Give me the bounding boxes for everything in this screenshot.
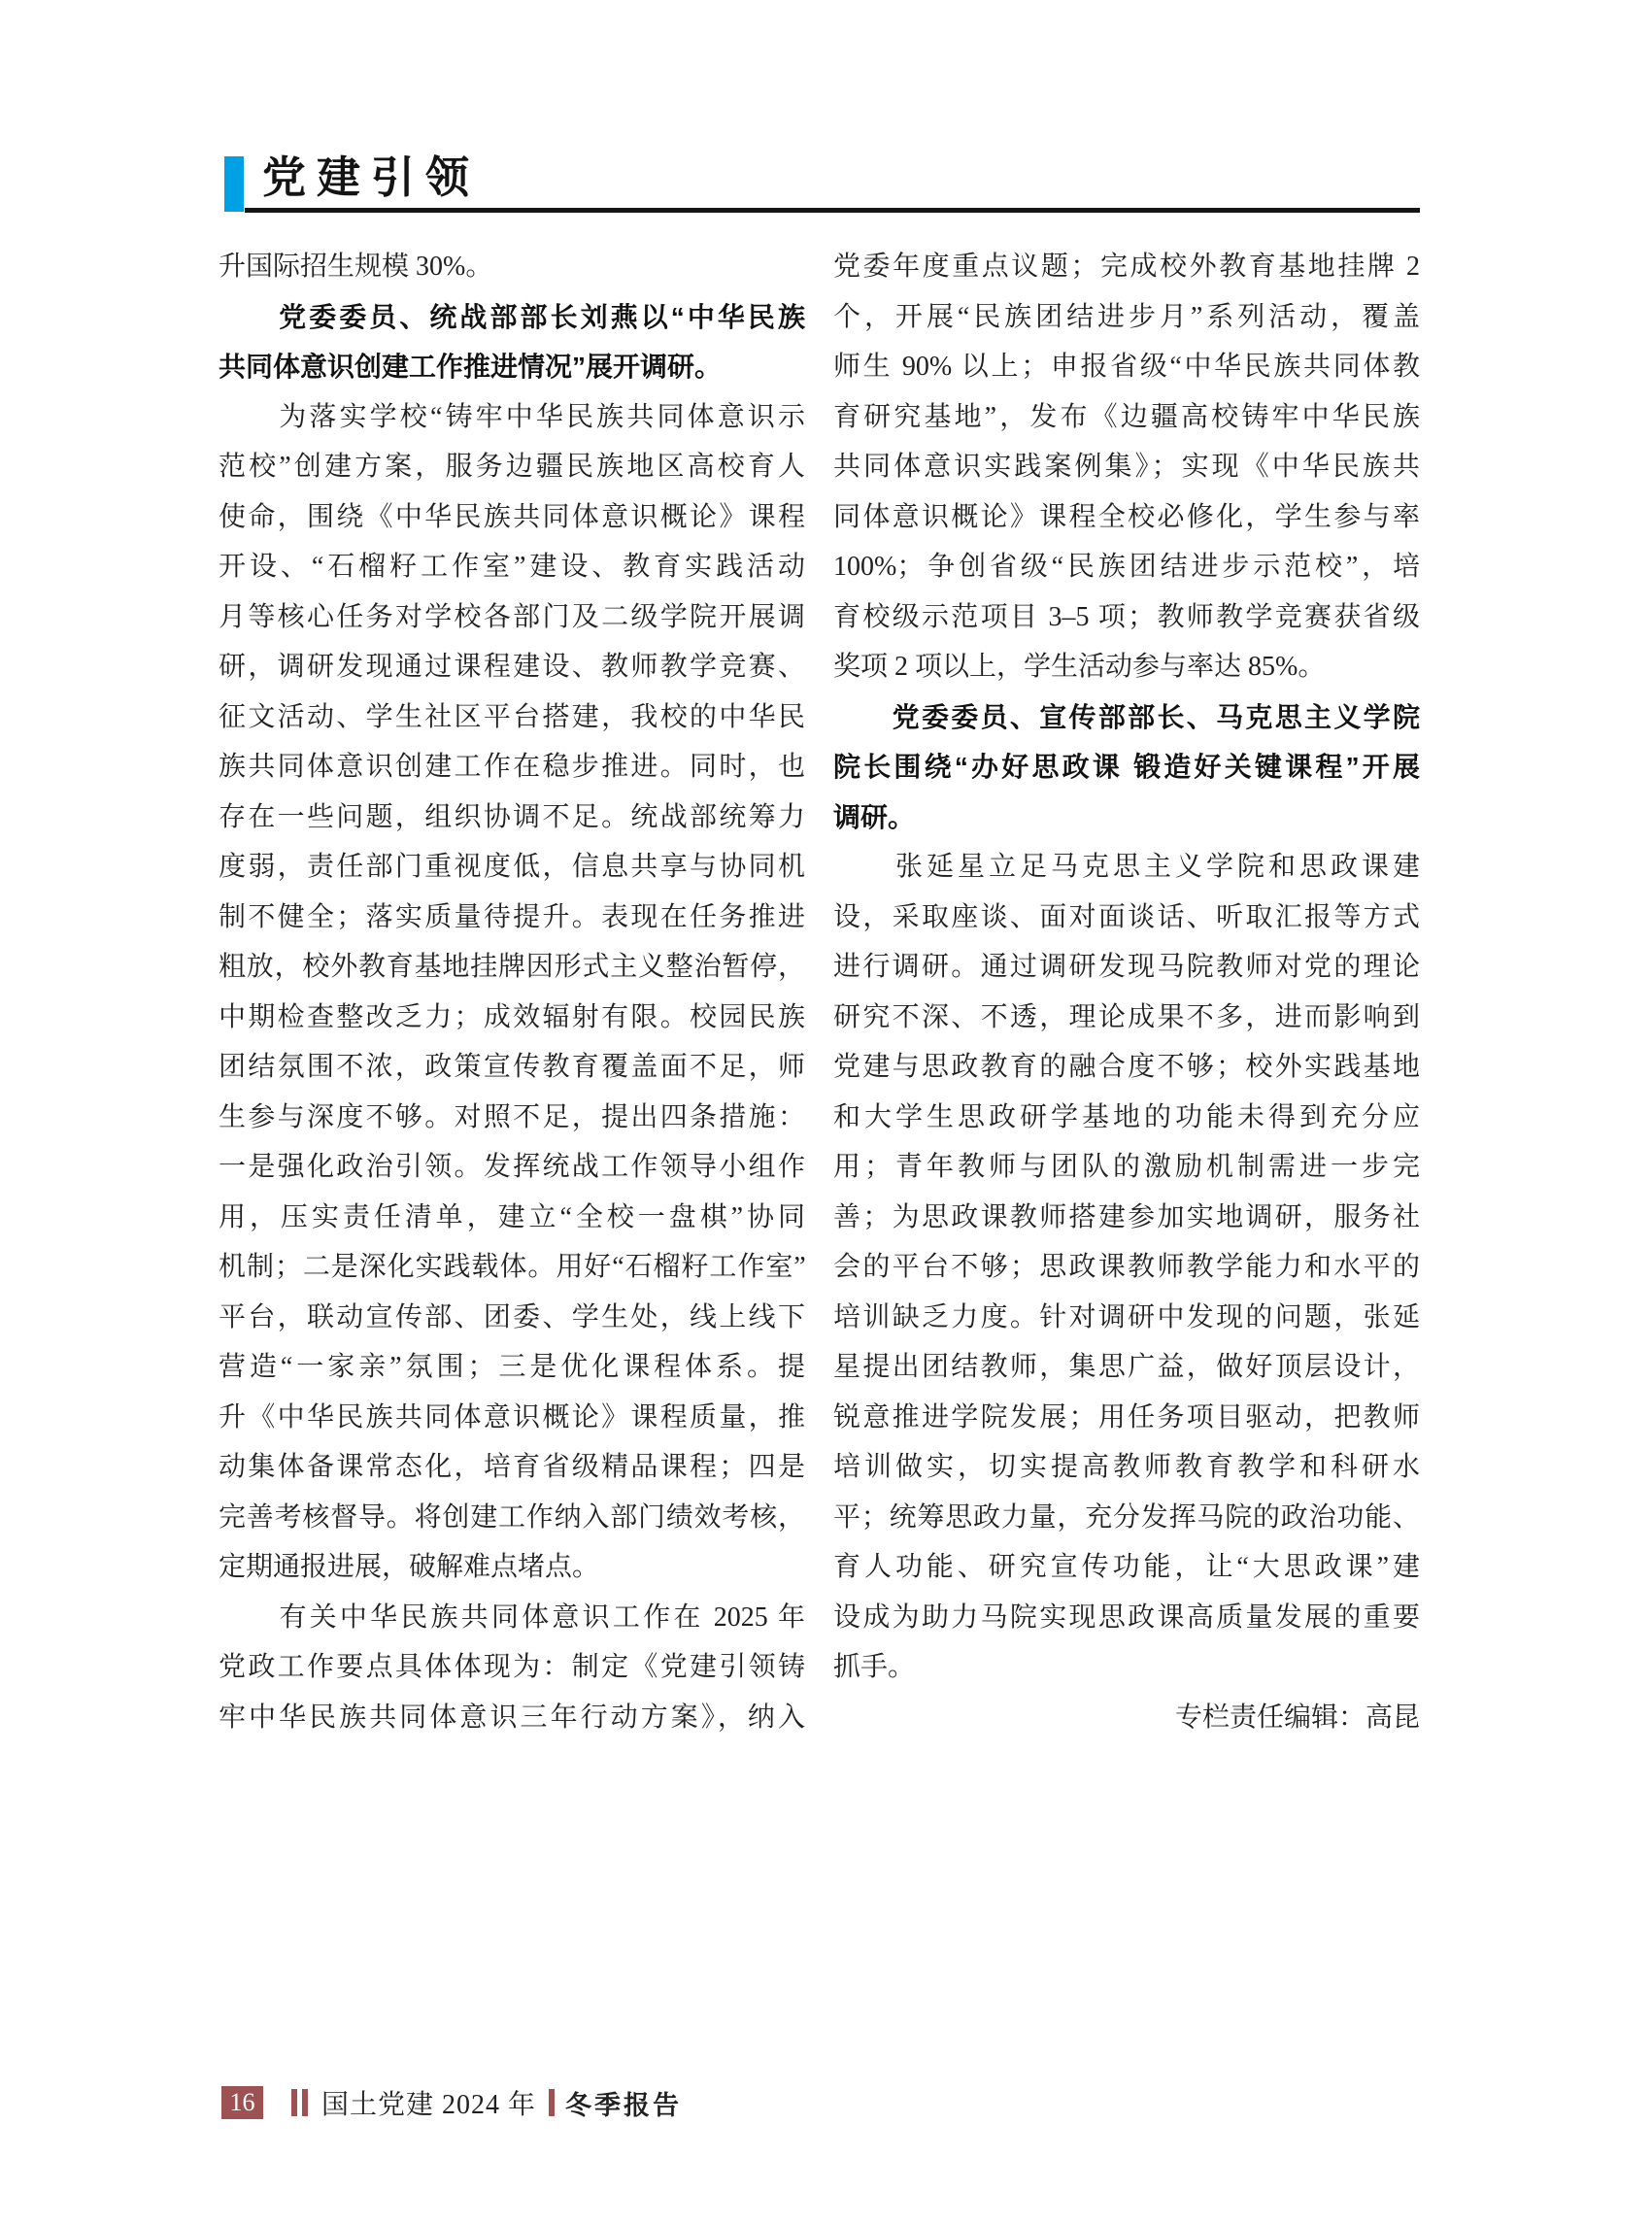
footer-double-bars	[291, 2089, 308, 2116]
text-line: 善；为思政课教师搭建参加实地调研，服务社	[833, 1193, 1420, 1243]
issue-title: 冬季报告	[565, 2084, 682, 2122]
header-rule	[245, 208, 1420, 213]
text-line: 定期通报进展，破解难点堵点。	[219, 1542, 805, 1593]
text-line: 会的平台不够；思政课教师教学能力和水平的	[833, 1242, 1420, 1293]
text-line: 进行调研。通过调研发现马院教师对党的理论	[833, 942, 1420, 993]
text-line: 培训做实，切实提高教师教育教学和科研水	[833, 1442, 1420, 1493]
text-line: 制不健全；落实质量待提升。表现在任务推进	[219, 893, 805, 943]
text-line: 平；统筹思政力量，充分发挥马院的政治功能、	[833, 1493, 1420, 1543]
text-line: 共同体意识实践案例集》；实现《中华民族共	[833, 442, 1420, 492]
page-footer: 16 国土党建 2024 年 冬季报告	[221, 2085, 682, 2120]
text-line: 党委委员、宣传部部长、马克思主义学院	[833, 692, 1420, 743]
text-line: 牢中华民族共同体意识三年行动方案》，纳入	[219, 1693, 805, 1743]
left-text-column: 升国际招生规模 30%。 党委委员、统战部部长刘燕以“中华民族共同体意识创建工作…	[219, 242, 805, 1742]
text-line: 生参与深度不够。对照不足，提出四条措施：	[219, 1093, 805, 1143]
text-line: 育人功能、研究宣传功能，让“大思政课”建	[833, 1542, 1420, 1593]
text-line: 党建与思政教育的融合度不够；校外实践基地	[833, 1042, 1420, 1093]
text-line: 存在一些问题，组织协调不足。统战部统筹力	[219, 792, 805, 843]
text-line: 院长围绕“办好思政课 锻造好关键课程”开展	[833, 742, 1420, 792]
text-line: 师生 90% 以上；申报省级“中华民族共同体教	[833, 342, 1420, 392]
text-line: 征文活动、学生社区平台搭建，我校的中华民	[219, 692, 805, 743]
text-line: 使命，围绕《中华民族共同体意识概论》课程	[219, 492, 805, 543]
text-line: 营造“一家亲”氛围；三是优化课程体系。提	[219, 1342, 805, 1393]
text-line: 锐意推进学院发展；用任务项目驱动，把教师	[833, 1393, 1420, 1443]
text-line: 研，调研发现通过课程建设、教师教学竞赛、	[219, 642, 805, 692]
document-page: 党建引领 升国际招生规模 30%。 党委委员、统战部部长刘燕以“中华民族共同体意…	[0, 0, 1652, 2225]
footer-bar-icon	[291, 2089, 297, 2116]
text-line: 族共同体意识创建工作在稳步推进。同时，也	[219, 742, 805, 792]
text-line: 100%；争创省级“民族团结进步示范校”，培	[833, 542, 1420, 592]
header-accent-bar	[224, 156, 244, 212]
text-line: 中期检查整改乏力；成效辐射有限。校园民族	[219, 993, 805, 1043]
text-line: 同体意识概论》课程全校必修化，学生参与率	[833, 492, 1420, 543]
text-line: 调研。	[833, 792, 1420, 843]
text-line: 育校级示范项目 3–5 项；教师教学竞赛获省级	[833, 592, 1420, 643]
text-line: 完善考核督导。将创建工作纳入部门绩效考核，	[219, 1493, 805, 1543]
text-line: 升《中华民族共同体意识概论》课程质量，推	[219, 1393, 805, 1443]
text-line: 张延星立足马克思主义学院和思政课建	[833, 842, 1420, 893]
text-line: 个，开展“民族团结进步月”系列活动，覆盖	[833, 292, 1420, 343]
text-line: 共同体意识创建工作推进情况”展开调研。	[219, 342, 805, 392]
text-line: 范校”创建方案，服务边疆民族地区高校育人	[219, 442, 805, 492]
text-line: 党委年度重点议题；完成校外教育基地挂牌 2	[833, 242, 1420, 292]
footer-bar-icon	[302, 2089, 308, 2116]
page-number: 16	[230, 2088, 255, 2117]
text-line: 党委委员、统战部部长刘燕以“中华民族	[219, 292, 805, 343]
footer-bar-icon	[549, 2089, 555, 2116]
text-line: 动集体备课常态化，培育省级精品课程；四是	[219, 1442, 805, 1493]
journal-title: 国土党建 2024 年	[321, 2083, 536, 2122]
text-line: 专栏责任编辑：高昆	[833, 1693, 1420, 1743]
text-line: 机制；二是深化实践载体。用好“石榴籽工作室”	[219, 1242, 805, 1293]
text-line: 月等核心任务对学校各部门及二级学院开展调	[219, 592, 805, 643]
section-title: 党建引领	[262, 148, 480, 208]
text-line: 有关中华民族共同体意识工作在 2025 年	[219, 1593, 805, 1643]
right-text-column: 党委年度重点议题；完成校外教育基地挂牌 2个，开展“民族团结进步月”系列活动，覆…	[833, 242, 1420, 1742]
text-line: 开设、“石榴籽工作室”建设、教育实践活动	[219, 542, 805, 592]
text-line: 升国际招生规模 30%。	[219, 242, 805, 292]
text-line: 和大学生思政研学基地的功能未得到充分应	[833, 1093, 1420, 1143]
text-line: 培训缺乏力度。针对调研中发现的问题，张延	[833, 1293, 1420, 1343]
text-line: 奖项 2 项以上，学生活动参与率达 85%。	[833, 642, 1420, 692]
text-line: 星提出团结教师，集思广益，做好顶层设计，	[833, 1342, 1420, 1393]
text-line: 育研究基地”，发布《边疆高校铸牢中华民族	[833, 392, 1420, 443]
text-line: 度弱，责任部门重视度低，信息共享与协同机	[219, 842, 805, 893]
text-line: 用；青年教师与团队的激励机制需进一步完	[833, 1142, 1420, 1193]
text-line: 平台，联动宣传部、团委、学生处，线上线下	[219, 1293, 805, 1343]
text-line: 研究不深、不透，理论成果不多，进而影响到	[833, 993, 1420, 1043]
page-number-box: 16	[221, 2086, 263, 2119]
text-line: 抓手。	[833, 1642, 1420, 1693]
text-line: 党政工作要点具体体现为：制定《党建引领铸	[219, 1642, 805, 1693]
text-line: 设成为助力马院实现思政课高质量发展的重要	[833, 1593, 1420, 1643]
text-line: 一是强化政治引领。发挥统战工作领导小组作	[219, 1142, 805, 1193]
text-line: 粗放，校外教育基地挂牌因形式主义整治暂停，	[219, 942, 805, 993]
text-line: 为落实学校“铸牢中华民族共同体意识示	[219, 392, 805, 443]
text-line: 用，压实责任清单，建立“全校一盘棋”协同	[219, 1193, 805, 1243]
text-line: 设，采取座谈、面对面谈话、听取汇报等方式	[833, 893, 1420, 943]
text-line: 团结氛围不浓，政策宣传教育覆盖面不足，师	[219, 1042, 805, 1093]
